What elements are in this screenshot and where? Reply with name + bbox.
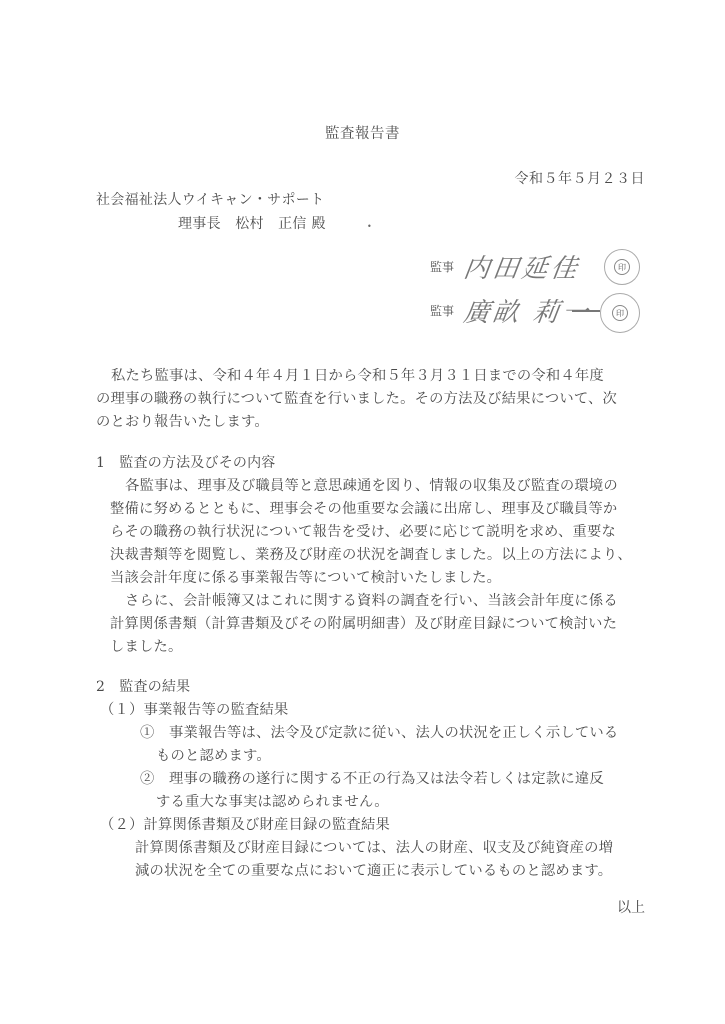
section-2-heading: 2 監査の結果 (96, 676, 190, 699)
signature-label: 監事 (430, 258, 454, 275)
section-1-paragraph-1: 各監事は、理事及び職員等と意思疎通を図り、情報の収集及び監査の環境の 整備に努め… (110, 475, 632, 590)
seal-inner: 印 (614, 259, 630, 275)
stray-mark: • (367, 222, 372, 231)
addressee-recipient: 理事長 松村 正信 殿 (178, 213, 326, 233)
section-1-heading: 1 監査の方法及びその内容 (96, 452, 276, 475)
signature-row-2: 監事 廣畝 莉一 (430, 290, 591, 330)
intro-paragraph: 私たち監事は、令和４年４月１日から令和５年３月３１日までの令和４年度 の理事の職… (96, 365, 617, 434)
signature-label: 監事 (430, 302, 454, 319)
subsection-1-heading: （１）事業報告等の監査結果 (100, 699, 288, 722)
signature-stroke (572, 310, 600, 312)
item-marker: ① (140, 725, 155, 741)
seal-stamp-icon: 印 (600, 293, 640, 333)
result-item-1: ① 事業報告等は、法令及び定款に従い、法人の状況を正しく示している ものと認めま… (140, 722, 618, 768)
result-item-2: ② 理事の職務の遂行に関する不正の行為又は法令若しくは定款に違反 する重大な事実… (140, 768, 604, 814)
item-marker: ② (140, 771, 155, 787)
subsection-2-paragraph: 計算関係書類及び財産目録については、法人の財産、収支及び純資産の増 減の状況を全… (135, 837, 613, 883)
seal-stamp-icon: 印 (604, 249, 640, 285)
seal-inner: 印 (612, 305, 628, 321)
document-date: 令和５年５月２３日 (515, 168, 646, 188)
section-1-paragraph-2: さらに、会計帳簿又はこれに関する資料の調査を行い、当該会計年度に係る 計算関係書… (110, 590, 618, 659)
addressee-organization: 社会福祉法人ウイキャン・サポート (96, 189, 324, 209)
document-title: 監査報告書 (0, 122, 725, 143)
handwritten-signature: 内田延佳 (461, 248, 582, 285)
signature-row-1: 監事 内田延佳 (430, 246, 580, 286)
closing-mark: 以上 (617, 897, 645, 917)
subsection-2-heading: （２）計算関係書類及び財産目録の監査結果 (100, 814, 390, 837)
